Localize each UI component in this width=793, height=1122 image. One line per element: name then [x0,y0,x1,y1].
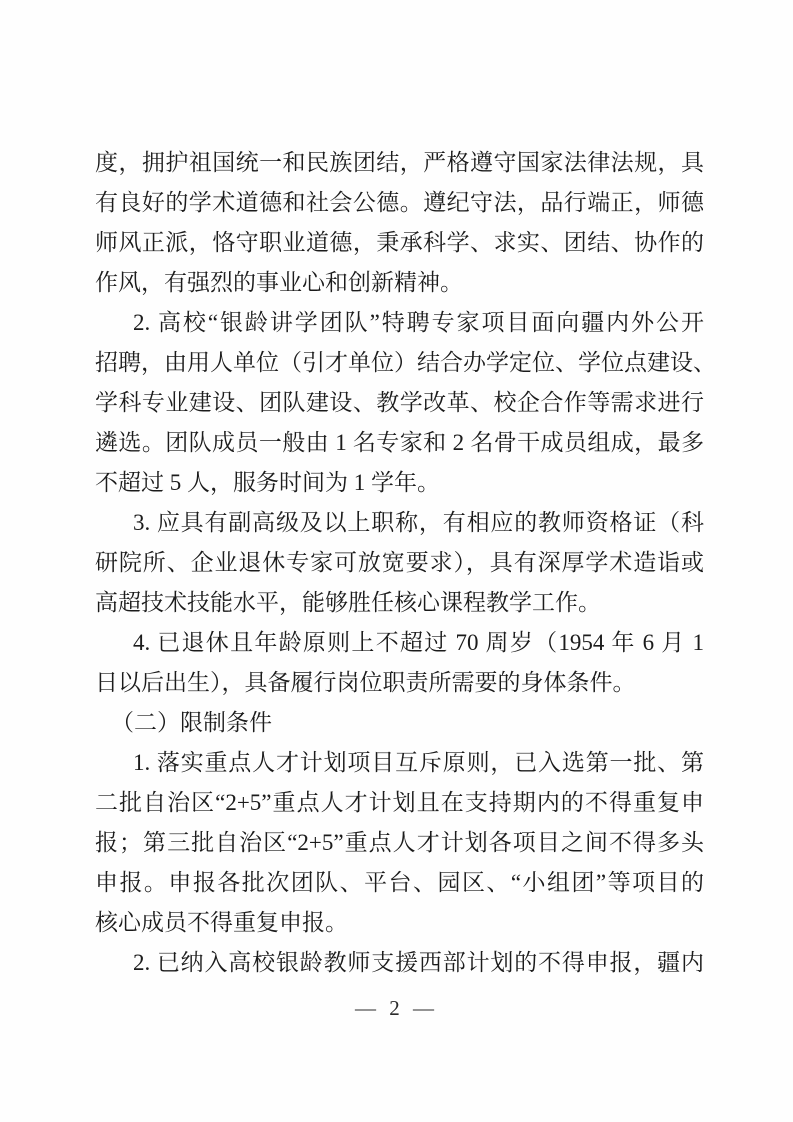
text-line: 师风正派，恪守职业道德，秉承科学、求实、团结、协作的 [95,223,704,263]
text-line: 日以后出生），具备履行岗位职责所需要的身体条件。 [95,663,704,703]
page-number: — 2 — [355,996,438,1020]
document-page: 度，拥护祖国统一和民族团结，严格遵守国家法律法规，具有良好的学术道德和社会公德。… [0,0,793,1122]
text-line: 4. 已退休且年龄原则上不超过 70 周岁（1954 年 6 月 1 [95,623,704,663]
page-footer: — 2 — [0,996,793,1021]
text-line: 度，拥护祖国统一和民族团结，严格遵守国家法律法规，具 [95,143,704,183]
text-line: 3. 应具有副高级及以上职称，有相应的教师资格证（科 [95,503,704,543]
text-line: 研院所、企业退休专家可放宽要求），具有深厚学术造诣或 [95,543,704,583]
text-line: 二批自治区“2+5”重点人才计划且在支持期内的不得重复申 [95,783,704,823]
text-line: 申报。申报各批次团队、平台、园区、“小组团”等项目的 [95,863,704,903]
text-line: 作风，有强烈的事业心和创新精神。 [95,263,704,303]
text-line: 招聘，由用人单位（引才单位）结合办学定位、学位点建设、 [95,343,704,383]
text-line: 高超技术技能水平，能够胜任核心课程教学工作。 [95,583,704,623]
text-line: 学科专业建设、团队建设、教学改革、校企合作等需求进行 [95,383,704,423]
document-body: 度，拥护祖国统一和民族团结，严格遵守国家法律法规，具有良好的学术道德和社会公德。… [95,143,704,983]
text-line: 遴选。团队成员一般由 1 名专家和 2 名骨干成员组成，最多 [95,423,704,463]
text-line: 1. 落实重点人才计划项目互斥原则，已入选第一批、第 [95,743,704,783]
text-line: 报；第三批自治区“2+5”重点人才计划各项目之间不得多头 [95,823,704,863]
text-line: 2. 高校“银龄讲学团队”特聘专家项目面向疆内外公开 [95,303,704,343]
text-line: 核心成员不得重复申报。 [95,903,704,943]
text-line: （二）限制条件 [95,703,704,743]
text-line: 不超过 5 人，服务时间为 1 学年。 [95,463,704,503]
text-line: 2. 已纳入高校银龄教师支援西部计划的不得申报，疆内 [95,943,704,983]
text-line: 有良好的学术道德和社会公德。遵纪守法，品行端正，师德 [95,183,704,223]
